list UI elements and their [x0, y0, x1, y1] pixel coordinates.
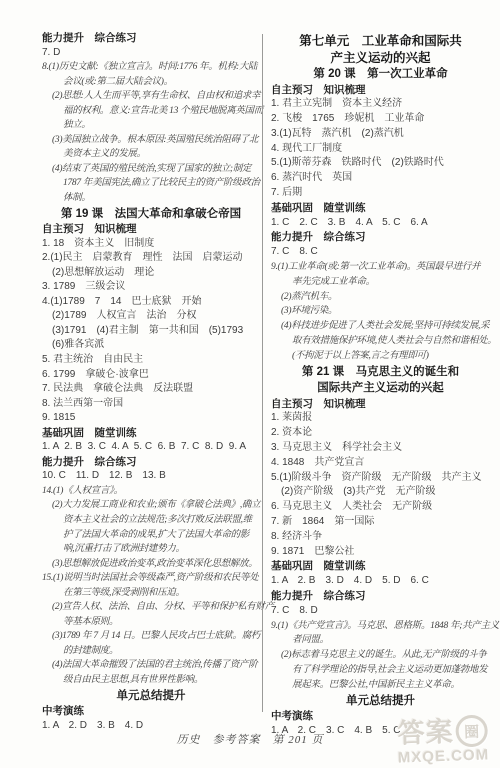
answer-line: 4. 现代工厂制度 [271, 142, 490, 157]
answer-line: 7. C 8. C [271, 245, 490, 260]
answer-line: 6. 蒸汽时代 英国 [271, 171, 490, 186]
essay-line: 者同盟。 [271, 633, 490, 648]
unit-title: 第七单元 工业革命和国际共 [271, 33, 490, 50]
answer-line: (2)资产阶级 (3)共产党 无产阶级 [271, 485, 490, 500]
answer-line: 9. 1815 [42, 411, 260, 426]
answer-line: 7. C 8. D [271, 604, 490, 619]
answer-line: 2. 飞梭 1765 珍妮机 工业革命 [271, 112, 490, 127]
essay-line: 响,沉重打击了欧洲封建势力。 [42, 542, 260, 557]
answer-line: 10. C 11. D 12. B 13. B [42, 469, 260, 484]
section-header: 基础巩固 随堂训练 [271, 559, 490, 574]
essay-line: 取有效措施保护环境,使人类社会与自然和谐相处。 [271, 334, 490, 349]
answer-line: 3. 1789 三级会议 [42, 280, 260, 295]
essay-line: 资本主义社会的立法规范;多次打败反法联盟,维 [42, 513, 260, 528]
essay-line: 护了法国大革命的成果,扩大了法国大革命的影 [42, 528, 260, 543]
answer-line: 4.(1)1789 7 14 巴士底狱 开始 [42, 295, 260, 310]
essay-line: 独立。 [42, 118, 260, 133]
section-header: 能力提升 综合练习 [271, 589, 490, 604]
essay-line: (4)科技进步促进了人类社会发展;坚持可持续发展,采 [271, 319, 490, 334]
answer-line: 1. A 2. B 3. C 4. A 5. C 6. B 7. C 8. D … [42, 440, 260, 455]
section-header: 自主预习 知识梳理 [271, 397, 490, 412]
answer-key-page: 能力提升 综合练习7. D8.(1)历史文献:《独立宣言》。时间:1776 年。… [0, 0, 500, 768]
essay-line: (4)法国大革命摧毁了法国的君主统治,传播了资产阶 [42, 658, 260, 673]
answer-line: 7. D [42, 46, 260, 61]
left-column: 能力提升 综合练习7. D8.(1)历史文献:《独立宣言》。时间:1776 年。… [42, 0, 260, 733]
lesson-title: 第 20 课 第一次工业革命 [271, 66, 490, 83]
answer-line: 8. 经济斗争 [271, 530, 490, 545]
watermark-site: MXQE.COM [388, 746, 499, 768]
section-header: 自主预习 知识梳理 [271, 83, 490, 98]
unit-title: 产主义运动的兴起 [271, 50, 490, 67]
essay-line: 体制。 [42, 191, 260, 206]
essay-line: (3)1789 年 7 月 14 日。巴黎人民攻占巴士底狱。腐朽 [42, 629, 260, 644]
essay-line: 展起来。巴黎公社,中国新民主主义革命。 [271, 678, 490, 693]
essay-line: (3)美国独立战争。根本原因:英国殖民统治阻碍了北 [42, 133, 260, 148]
essay-line: (2)大力发展工商业和农业;颁布《拿破仑法典》,确立 [42, 498, 260, 513]
essay-line: 福的权利。意义:宣告北美 13 个殖民地脱离英国而 [42, 104, 260, 119]
lesson-title: 单元总结提升 [42, 688, 260, 705]
essay-line: 14.(1)《人权宣言》。 [42, 484, 260, 499]
right-column: 第七单元 工业革命和国际共产主义运动的兴起第 20 课 第一次工业革命自主预习 … [271, 0, 490, 739]
essay-line: 9.(1)工业革命(或:第一次工业革命)。英国最早进行并 [271, 260, 490, 275]
answer-line: 6. 1799 拿破仑·波拿巴 [42, 368, 260, 383]
essay-line: 9.(1)《共产党宣言》。马克思、恩格斯。1848 年;共产主义 [271, 619, 490, 634]
answer-line: 5. 君主统治 自由民主 [42, 353, 260, 368]
section-header: 自主预习 知识梳理 [42, 222, 260, 237]
answer-line: 8. 法兰西第一帝国 [42, 397, 260, 412]
section-header: 能力提升 综合练习 [271, 230, 490, 245]
essay-line: (不拘泥于以上答案,言之有理即可) [271, 349, 490, 364]
essay-line: 的封建制度。 [42, 644, 260, 659]
essay-line: (2)宣告人权、法治、自由、分权、平等和保护私有财产 [42, 600, 260, 615]
essay-line: 在第三等级,深受剥削和压迫。 [42, 586, 260, 601]
essay-line: 1787 年美国宪法,确立了比较民主的资产阶级政治 [42, 176, 260, 191]
lesson-title: 单元总结提升 [271, 693, 490, 710]
lesson-title: 第 21 课 马克思主义的诞生和 [271, 364, 490, 381]
essay-line: 级自由民主思想,具有世界性影响。 [42, 673, 260, 688]
answer-line: 2. 资本论 [271, 426, 490, 441]
essay-line: 8.(1)历史文献:《独立宣言》。时间:1776 年。机构:大陆 [42, 60, 260, 75]
essay-line: (3)思想解放促进政治变革,政治变革深化思想解放。 [42, 557, 260, 572]
essay-line: 等基本原则。 [42, 615, 260, 630]
section-header: 能力提升 综合练习 [42, 31, 260, 46]
answer-line: 3.(1)瓦特 蒸汽机 (2)蒸汽机 [271, 127, 490, 142]
answer-line: 2.(1)民主 启蒙教育 理性 法国 启蒙运动 [42, 251, 260, 266]
answer-line: 7. 后期 [271, 186, 490, 201]
answer-line: 9. 1871 巴黎公社 [271, 545, 490, 560]
section-header: 基础巩固 随堂训练 [42, 426, 260, 441]
answer-line: 1. 莱茵报 [271, 411, 490, 426]
answer-line: 5.(1)斯蒂芬森 铁路时代 (2)铁路时代 [271, 156, 490, 171]
answer-line: 6. 马克思主义 人类社会 无产阶级 [271, 500, 490, 515]
column-divider [262, 34, 263, 712]
answer-line: 7. 新 1864 第一国际 [271, 515, 490, 530]
essay-line: (4)结束了英国的殖民统治,实现了国家的独立;制定 [42, 162, 260, 177]
answer-line: 4. 1848 共产党宣言 [271, 456, 490, 471]
page-footer: 历史 参考答案 第 201 页 [0, 731, 500, 747]
answer-line: 1. A 2. B 3. D 4. D 5. D 6. C [271, 574, 490, 589]
lesson-title: 第 19 课 法国大革命和拿破仑帝国 [42, 206, 260, 223]
answer-line: 7. 民法典 拿破仑法典 反法联盟 [42, 382, 260, 397]
answer-line: (2)思想解放运动 理论 [42, 266, 260, 281]
answer-line: (2)1789 人权宣言 法治 分权 [42, 309, 260, 324]
answer-line: 3. 马克思主义 科学社会主义 [271, 441, 490, 456]
essay-line: (2)标志着马克思主义的诞生。从此,无产阶级的斗争 [271, 648, 490, 663]
essay-line: 15.(1)说明当时法国社会等级森严,资产阶级和农民等处 [42, 571, 260, 586]
essay-line: (3)环境污染。 [271, 304, 490, 319]
answer-line: 1. C 2. C 3. B 4. A 5. C 6. A [271, 216, 490, 231]
essay-line: 率先完成工业革命。 [271, 275, 490, 290]
section-header: 能力提升 综合练习 [42, 455, 260, 470]
answer-line: (3)1791 (4)君主制 第一共和国 (5)1793 [42, 324, 260, 339]
section-header: 基础巩固 随堂训练 [271, 201, 490, 216]
essay-line: 会议(或:第二届大陆会议)。 [42, 75, 260, 90]
answer-line: 1. 18 资本主义 旧制度 [42, 237, 260, 252]
essay-line: (2)思想:人人生而平等,享有生命权、自由权和追求幸 [42, 89, 260, 104]
answer-line: 5.(1)阶级斗争 资产阶级 无产阶级 共产主义 [271, 471, 490, 486]
essay-line: 美资本主义的发展。 [42, 147, 260, 162]
essay-line: 有了科学理论的指导,社会主义运动更加蓬勃地发 [271, 663, 490, 678]
lesson-title: 国际共产主义运动的兴起 [271, 380, 490, 397]
answer-line: (6)雅各宾派 [42, 338, 260, 353]
answer-line: 1. 君主立宪制 资本主义经济 [271, 97, 490, 112]
section-header: 中考演练 [271, 709, 490, 724]
section-header: 中考演练 [42, 704, 260, 719]
essay-line: (2)蒸汽机车。 [271, 290, 490, 305]
